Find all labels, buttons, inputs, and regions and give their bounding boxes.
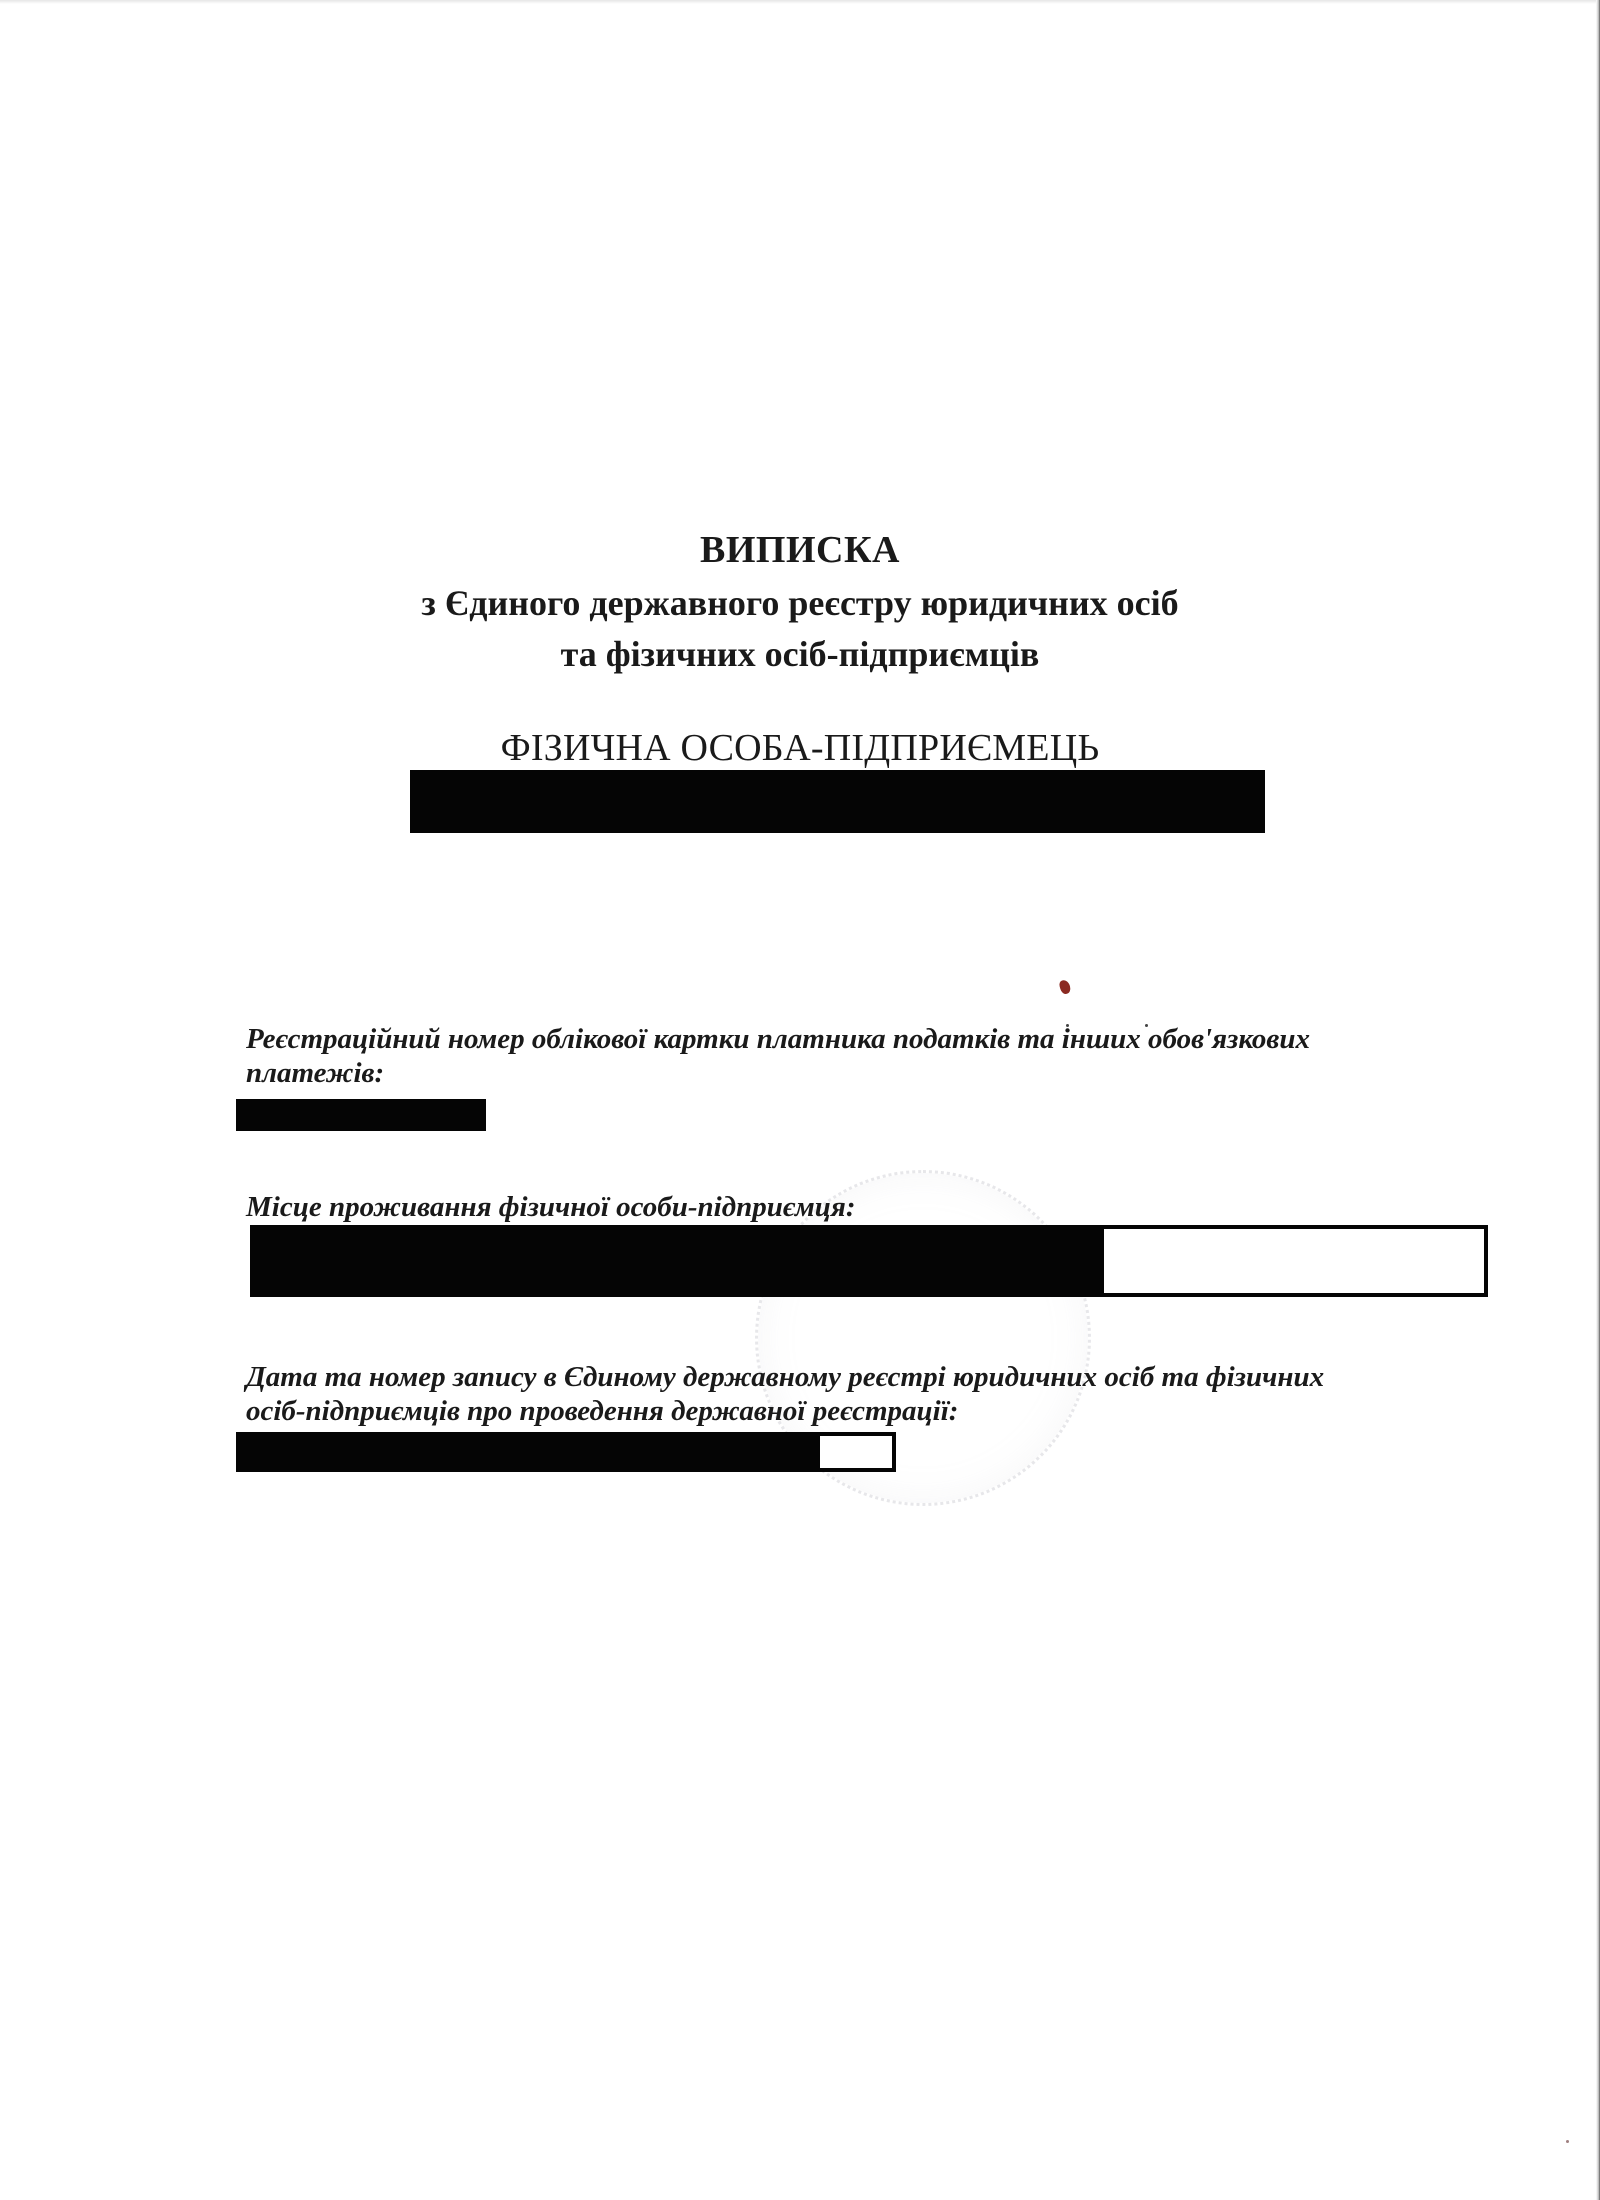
redacted-tax-number: [236, 1099, 486, 1131]
redaction-fill: [254, 1229, 1104, 1293]
label-line: Дата та номер запису в Єдиному державном…: [246, 1360, 1446, 1394]
redacted-registration-record: [236, 1432, 896, 1472]
document-subtitle-line2: та фізичних осіб-підприємців: [0, 633, 1600, 675]
scan-top-edge: [0, 0, 1600, 4]
field-label-tax-number: Реєстраційний номер облікової картки пла…: [246, 1022, 1446, 1090]
ink-stain: [1058, 979, 1071, 995]
document-subtitle-line1: з Єдиного державного реєстру юридичних о…: [0, 582, 1600, 624]
redaction-fill: [240, 1436, 820, 1468]
field-label-address: Місце проживання фізичної особи-підприєм…: [246, 1190, 1446, 1224]
label-line: Реєстраційний номер облікової картки пла…: [246, 1022, 1446, 1056]
document-title: ВИПИСКА: [0, 528, 1600, 572]
field-label-registration-record: Дата та номер запису в Єдиному державном…: [246, 1360, 1446, 1428]
entity-type-heading: ФІЗИЧНА ОСОБА-ПІДПРИЄМЕЦЬ: [0, 726, 1600, 770]
scan-right-edge: [1596, 0, 1600, 2200]
label-line: платежів:: [246, 1056, 1446, 1090]
scanned-page: ВИПИСКА з Єдиного державного реєстру юри…: [0, 0, 1600, 2200]
label-line: осіб-підприємців про проведення державно…: [246, 1394, 1446, 1428]
redacted-address: [250, 1225, 1488, 1297]
label-line: Місце проживання фізичної особи-підприєм…: [246, 1190, 1446, 1224]
dust-speck: [1566, 2140, 1569, 2143]
redacted-entrepreneur-name: [410, 770, 1265, 833]
